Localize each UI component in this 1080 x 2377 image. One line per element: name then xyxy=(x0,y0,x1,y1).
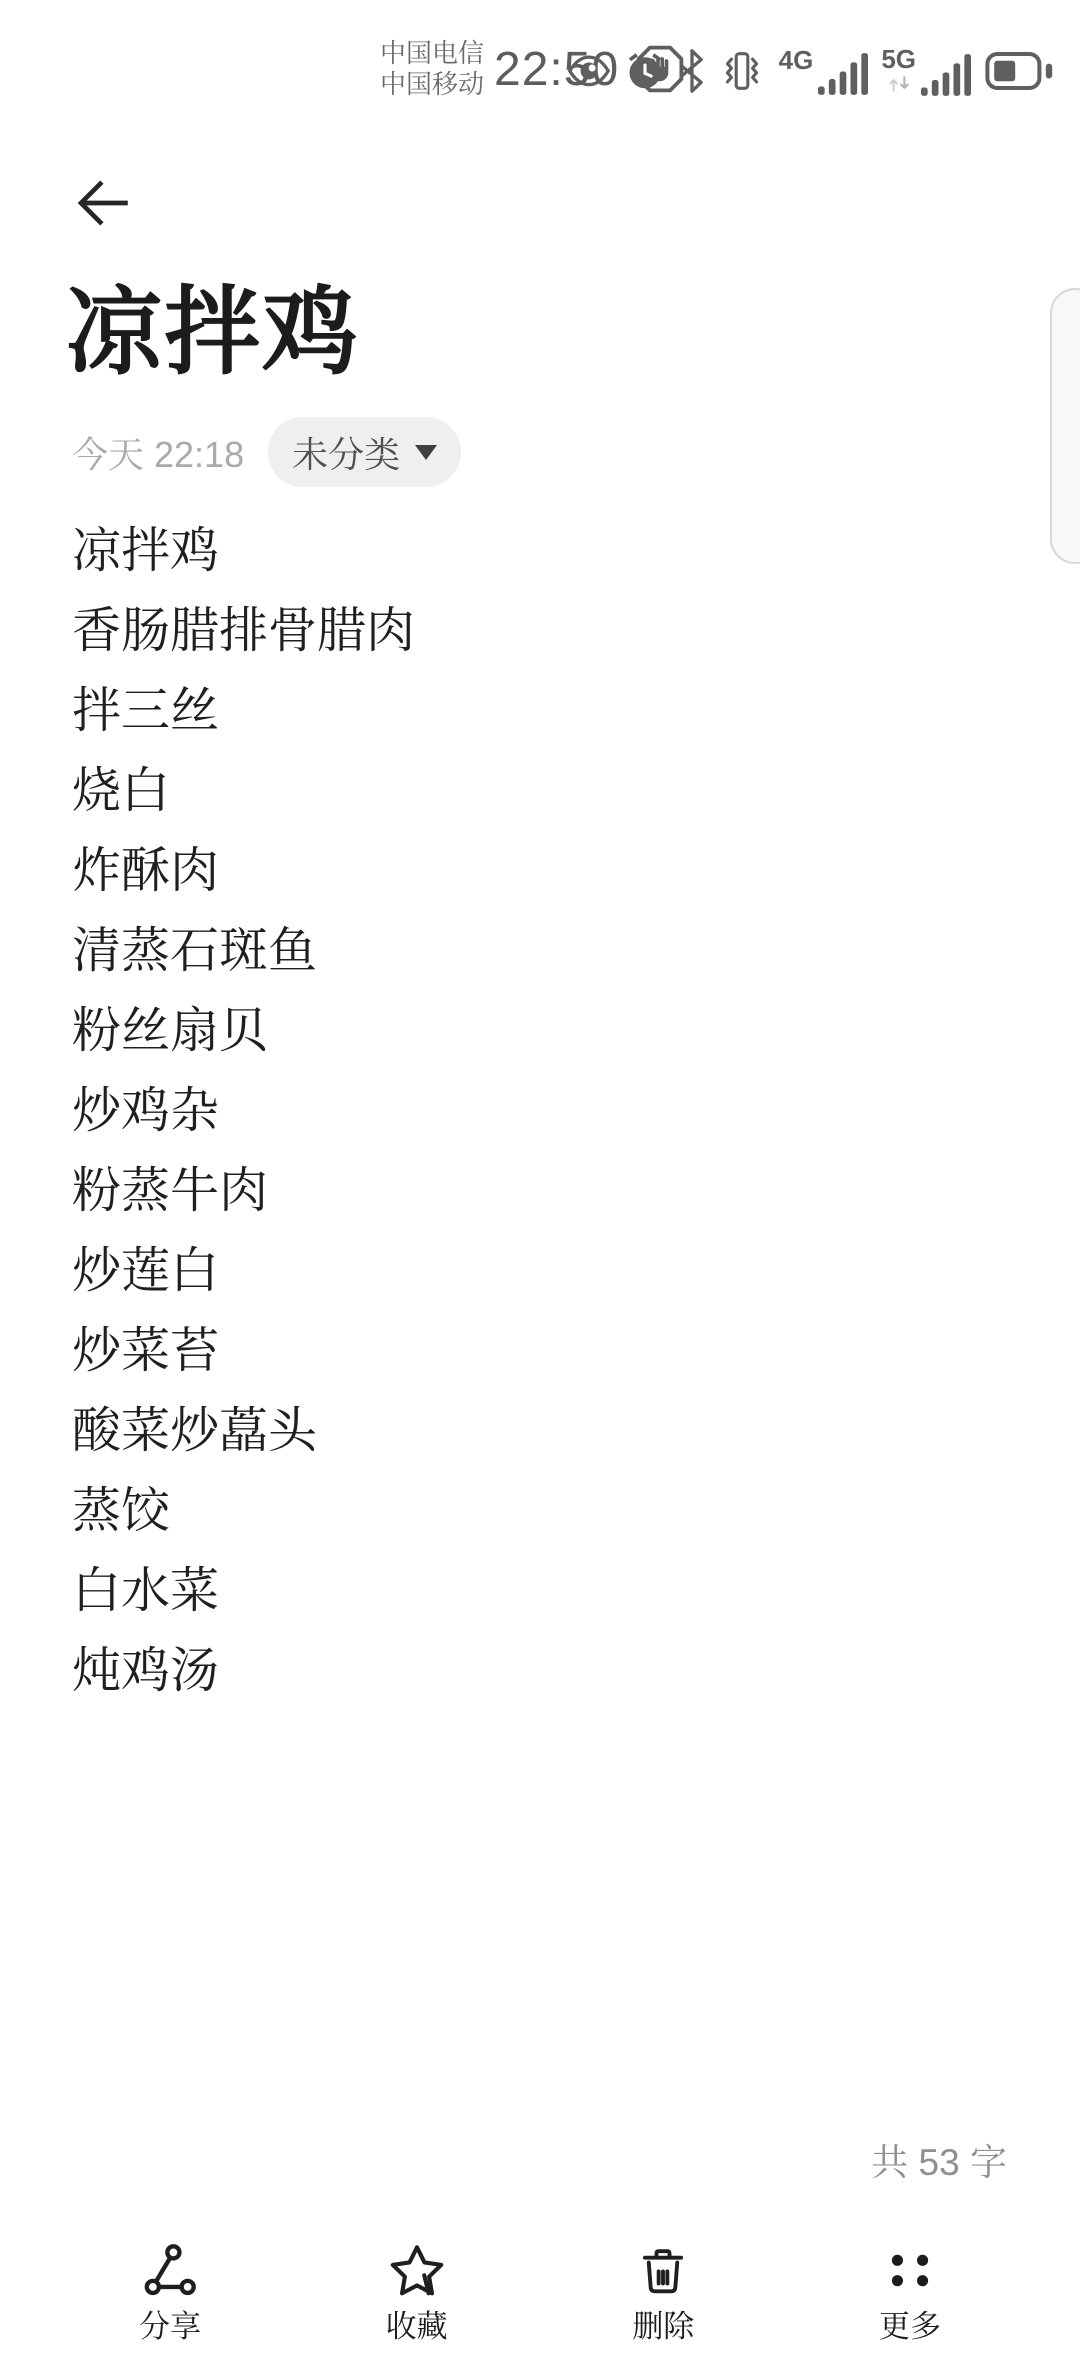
network-5g-label: 5G xyxy=(881,46,916,72)
notes-app-screen: 中国电信 中国移动 22:50 xyxy=(0,0,1080,2377)
note-line[interactable]: 香肠腊排骨腊肉 xyxy=(72,591,1000,671)
carrier-line-1: 中国电信 xyxy=(380,38,484,69)
note-line[interactable]: 粉丝扇贝 xyxy=(72,991,1000,1071)
more-dots-icon xyxy=(881,2241,939,2299)
delete-label: 删除 xyxy=(632,2309,694,2345)
delete-button[interactable]: 删除 xyxy=(607,2217,719,2377)
status-bar: 中国电信 中国移动 22:50 xyxy=(0,0,1080,120)
scrollbar-handle[interactable] xyxy=(1050,288,1080,564)
vibrate-icon xyxy=(718,51,766,91)
alarm-icon xyxy=(624,50,666,92)
trash-icon xyxy=(634,2241,692,2299)
share-label: 分享 xyxy=(139,2309,201,2345)
note-content[interactable]: 凉拌鸡 香肠腊排骨腊肉 拌三丝 烧白 炸酥肉 清蒸石斑鱼 粉丝扇贝 炒鸡杂 粉蒸… xyxy=(72,511,1000,1711)
bottom-toolbar: 分享 收藏 删除 xyxy=(0,2217,1080,2377)
share-icon xyxy=(141,2241,199,2299)
category-label: 未分类 xyxy=(292,427,400,478)
note-line[interactable]: 凉拌鸡 xyxy=(72,511,1000,591)
status-bar-right: 4G 5G xyxy=(567,40,1056,102)
note-line[interactable]: 粉蒸牛肉 xyxy=(72,1151,1000,1231)
note-line[interactable]: 烧白 xyxy=(72,751,1000,831)
note-line[interactable]: 拌三丝 xyxy=(72,671,1000,751)
carrier-line-2: 中国移动 xyxy=(380,69,484,100)
note-line[interactable]: 酸菜炒藠头 xyxy=(72,1391,1000,1471)
note-title[interactable]: 凉拌鸡 xyxy=(66,278,360,388)
word-count: 共 53 字 xyxy=(871,2132,1007,2186)
star-icon xyxy=(388,2241,446,2299)
back-button[interactable] xyxy=(70,170,136,236)
note-line[interactable]: 蒸饺 xyxy=(72,1471,1000,1551)
bluetooth-icon xyxy=(679,49,705,93)
share-button[interactable]: 分享 xyxy=(114,2217,226,2377)
updown-arrows-icon xyxy=(886,74,912,94)
carrier-labels: 中国电信 中国移动 xyxy=(380,38,484,100)
network-4g-label: 4G xyxy=(779,47,814,73)
note-line[interactable]: 炒莲白 xyxy=(72,1231,1000,1311)
signal-4g-bars-icon: 4G xyxy=(779,47,869,95)
battery-icon xyxy=(984,51,1056,91)
more-label: 更多 xyxy=(879,2309,941,2345)
note-line[interactable]: 清蒸石斑鱼 xyxy=(72,911,1000,991)
note-timestamp: 今天 22:18 xyxy=(72,427,244,478)
favorite-label: 收藏 xyxy=(386,2309,448,2345)
more-button[interactable]: 更多 xyxy=(854,2217,966,2377)
chevron-down-icon xyxy=(415,445,437,460)
note-line[interactable]: 炖鸡汤 xyxy=(72,1631,1000,1711)
category-chip[interactable]: 未分类 xyxy=(268,417,461,487)
note-line[interactable]: 炒鸡杂 xyxy=(72,1071,1000,1151)
eye-comfort-icon xyxy=(567,54,611,88)
signal-5g-bars-icon: 5G xyxy=(881,46,971,96)
note-line[interactable]: 白水菜 xyxy=(72,1551,1000,1631)
back-arrow-icon xyxy=(70,170,136,236)
note-line[interactable]: 炒菜苔 xyxy=(72,1311,1000,1391)
favorite-button[interactable]: 收藏 xyxy=(361,2217,473,2377)
note-meta-row: 今天 22:18 未分类 xyxy=(72,417,461,487)
note-line[interactable]: 炸酥肉 xyxy=(72,831,1000,911)
